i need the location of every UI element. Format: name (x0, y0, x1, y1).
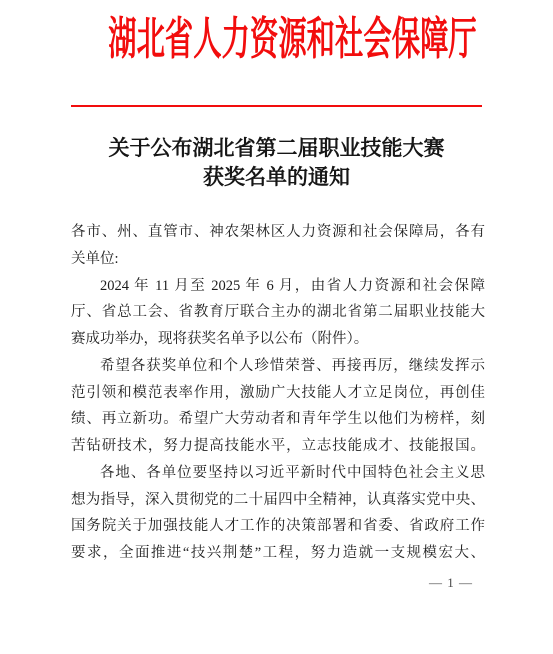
page-number: — 1 — (401, 575, 501, 591)
body-line: 希望各获奖单位和个人珍惜荣誉、再接再厉，继续发挥示 (71, 353, 485, 380)
body-line: 各市、州、直管市、神农架林区人力资源和社会保障局，各有 (71, 219, 485, 246)
body-line: 绩、再立新功。希望广大劳动者和青年学生以他们为榜样，刻 (71, 406, 485, 433)
body-line: 苦钻研技术，努力提高技能水平，立志技能成才、技能报国。 (71, 433, 485, 460)
agency-masthead: 湖北省人力资源和社会保障厅 (0, 15, 553, 74)
body-line: 国务院关于加强技能人才工作的决策部署和省委、省政府工作 (71, 513, 485, 540)
body-line: 各地、各单位要坚持以习近平新时代中国特色社会主义思 (71, 460, 485, 487)
body-line: 范引领和模范表率作用，激励广大技能人才立足岗位，再创佳 (71, 380, 485, 407)
body-line: 关单位: (71, 246, 485, 273)
body-line: 想为指导，深入贯彻党的二十届四中全精神，认真落实党中央、 (71, 487, 485, 514)
document-title: 关于公布湖北省第二届职业技能大赛 获奖名单的通知 (0, 134, 553, 192)
body-line: 要求，全面推进“技兴荆楚”工程，努力造就一支规模宏大、 (71, 540, 485, 567)
body-line: 2024 年 11 月至 2025 年 6 月，由省人力资源和社会保障 (71, 273, 485, 300)
agency-masthead-text: 湖北省人力资源和社会保障厅 (108, 15, 477, 63)
document-title-line2: 获奖名单的通知 (0, 163, 553, 192)
masthead-divider-line (71, 105, 482, 107)
document-page: 湖北省人力资源和社会保障厅 关于公布湖北省第二届职业技能大赛 获奖名单的通知 各… (0, 0, 553, 654)
body-line: 厅、省总工会、省教育厅联合主办的湖北省第二届职业技能大 (71, 299, 485, 326)
body-line: 赛成功举办，现将获奖名单予以公布（附件）。 (71, 326, 485, 353)
document-body: 各市、州、直管市、神农架林区人力资源和社会保障局，各有 关单位: 2024 年 … (71, 219, 485, 567)
document-title-line1: 关于公布湖北省第二届职业技能大赛 (0, 134, 553, 163)
